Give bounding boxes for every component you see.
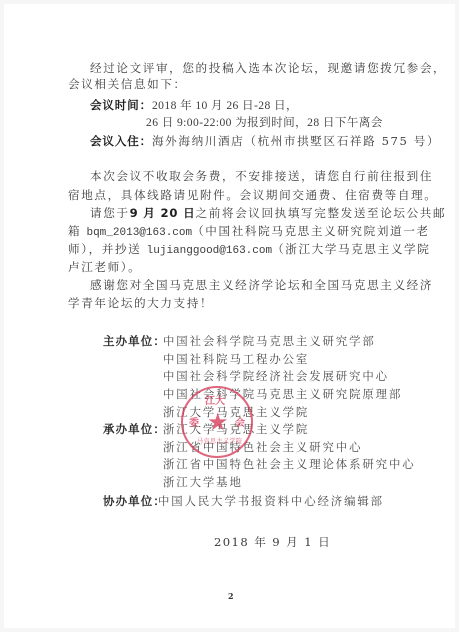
meeting-hotel-value: 海外海纳川酒店（杭州市拱墅区石祥路 575 号） xyxy=(152,134,440,148)
reply-line-4: 卢江老师）。 xyxy=(68,260,141,274)
reply-text: （中国社科院马克思主义研究院刘道一老 xyxy=(192,224,430,238)
host-item: 中国社科院马工程办公室 xyxy=(163,351,309,367)
host-item: 中国社会科学院经济社会发展研究中心 xyxy=(163,368,389,384)
co-organizer-label: 协办单位： xyxy=(103,493,166,509)
co-organizer-item: 中国人民大学书报资料中心经济编辑部 xyxy=(158,493,384,509)
thanks-line-1: 感谢您对全国马克思主义经济学论坛和全国马克思主义经济 xyxy=(90,278,433,292)
fee-line-1: 本次会议不收取会务费，不安排接送，请您自行前往报到住 xyxy=(90,169,433,183)
reply-text: （浙江大学马克思主义学院 xyxy=(272,242,430,256)
reply-line-1: 请您于9 月 20 日之前将会议回执填写完整发送至论坛公共邮 xyxy=(90,206,446,220)
meeting-time-detail: 26 日 9:00-22:00 为报到时间，28 日下午离会 xyxy=(146,116,383,130)
email-link-bqm[interactable]: bqm_2013@163.com xyxy=(86,227,192,239)
host-item: 中国社会科学院马克思主义研究院原理部 xyxy=(163,386,402,402)
host-item: 中国社会科学院马克思主义研究学部 xyxy=(163,333,376,349)
signature-date: 2018 年 9 月 1 日 xyxy=(214,534,331,550)
reply-text: 之前将会议回执填写完整发送至论坛公共邮 xyxy=(196,206,447,220)
reply-text: 师），并抄送 xyxy=(68,242,147,256)
page-number: 2 xyxy=(228,591,234,601)
thanks-line-2: 学青年论坛的大力支持！ xyxy=(68,296,213,310)
host-item: 浙江大学马克思主义学院 xyxy=(163,404,309,420)
meeting-hotel-label: 会议入住： xyxy=(90,134,152,148)
meeting-time-label: 会议时间： xyxy=(90,98,152,112)
fee-line-2: 宿地点，具体线路请见附件。会议期间交通费、住宿费等自理。 xyxy=(68,188,437,202)
email-link-lujiang[interactable]: lujianggood@163.com xyxy=(147,245,272,257)
meeting-time-row: 会议时间：2018 年 10 月 26 日-28 日， xyxy=(90,98,298,113)
meeting-time-value: 2018 年 10 月 26 日-28 日， xyxy=(152,99,298,112)
intro-line-2: 会议相关信息如下： xyxy=(68,77,187,91)
intro-line-1: 经过论文评审，您的投稿入选本次论坛，现邀请您拨冗参会， xyxy=(90,61,446,75)
reply-line-3: 师），并抄送 lujianggood@163.com（浙江大学马克思主义学院 xyxy=(68,242,430,258)
reply-text: 箱 xyxy=(68,224,86,238)
reply-line-2: 箱 bqm_2013@163.com（中国社科院马克思主义研究院刘道一老 xyxy=(68,224,430,240)
organizer-item: 浙江大学基地 xyxy=(163,474,243,490)
meeting-hotel-row: 会议入住：海外海纳川酒店（杭州市拱墅区石祥路 575 号） xyxy=(90,134,440,148)
organizer-item: 浙江大学马克思主义学院 xyxy=(163,421,309,437)
organizer-label: 承办单位： xyxy=(103,421,166,437)
organizer-item: 浙江省中国特色社会主义理论体系研究中心 xyxy=(163,456,416,472)
document-page: 经过论文评审，您的投稿入选本次论坛，现邀请您拨冗参会， 会议相关信息如下： 会议… xyxy=(4,4,455,628)
host-label: 主办单位： xyxy=(103,333,166,349)
reply-text: 请您于 xyxy=(90,206,130,220)
organizer-item: 浙江省中国特色社会主义研究中心 xyxy=(163,439,362,455)
deadline-date: 9 月 20 日 xyxy=(130,206,196,220)
